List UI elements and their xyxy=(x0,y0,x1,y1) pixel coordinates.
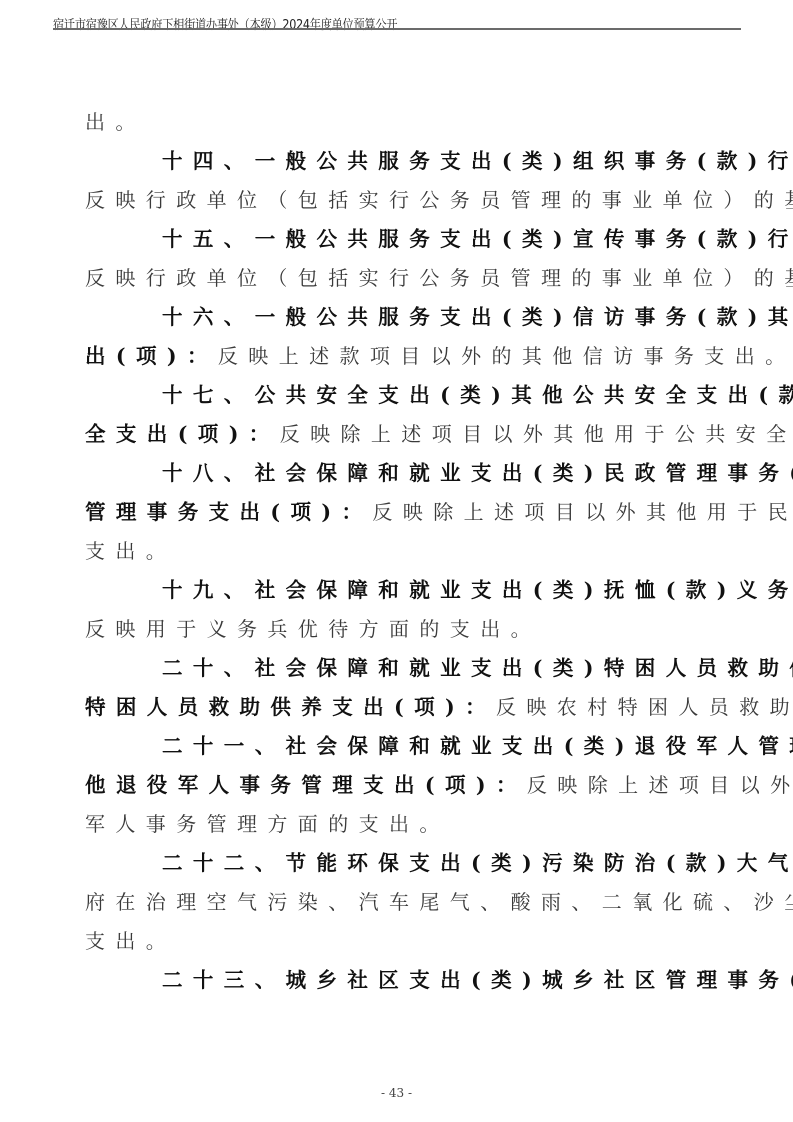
item-description: 出。 xyxy=(85,110,146,134)
item-description: 反映行政单位（包括实行公务员管理的事业单位）的基本支出。 xyxy=(85,266,793,290)
text-line: 他退役军人事务管理支出(项)：反映除上述项目以外其他用于退役 xyxy=(85,770,745,800)
item-description: 反映除上述项目以外其他用于公共安全方面的支出。 xyxy=(280,422,793,446)
text-line: 二十二、节能环保支出(类)污染防治(款)大气(项)：反映政 xyxy=(162,848,793,878)
item-description: 军人事务管理方面的支出。 xyxy=(85,812,450,836)
text-line: 二十、社会保障和就业支出(类)特困人员救助供养(款)农村 xyxy=(162,653,793,683)
page-number: - 43 - xyxy=(0,1086,793,1100)
text-line: 十六、一般公共服务支出(类)信访事务(款)其他信访事务支 xyxy=(162,302,793,332)
text-line: 全支出(项)：反映除上述项目以外其他用于公共安全方面的支出。 xyxy=(85,419,745,449)
item-heading: 出(项)： xyxy=(85,344,218,368)
text-line: 二十一、社会保障和就业支出(类)退役军人管理事务(款)其 xyxy=(162,731,793,761)
item-description: 支出。 xyxy=(85,539,176,563)
item-heading: 特困人员救助供养支出(项)： xyxy=(85,695,496,719)
item-heading: 二十三、城乡社区支出(类)城乡社区管理事务(款)城管执法 xyxy=(162,968,793,992)
text-line: 支出。 xyxy=(85,536,745,566)
item-description: 反映除上述项目以外其他用于退役 xyxy=(527,773,793,797)
text-line: 二十三、城乡社区支出(类)城乡社区管理事务(款)城管执法 xyxy=(162,965,793,995)
text-line: 支出。 xyxy=(85,926,745,956)
text-line: 十九、社会保障和就业支出(类)抚恤(款)义务兵优待(项)： xyxy=(162,575,793,605)
item-heading: 管理事务支出(项)： xyxy=(85,500,372,524)
item-description: 支出。 xyxy=(85,929,176,953)
text-line: 出。 xyxy=(85,107,745,137)
item-description: 反映行政单位（包括实行公务员管理的事业单位）的基本支出。 xyxy=(85,188,793,212)
text-line: 十五、一般公共服务支出(类)宣传事务(款)行政运行(项)： xyxy=(162,224,793,254)
item-heading: 二十一、社会保障和就业支出(类)退役军人管理事务(款)其 xyxy=(162,734,793,758)
text-line: 府在治理空气污染、汽车尾气、酸雨、二氧化硫、沙尘暴等方面的 xyxy=(85,887,745,917)
item-heading: 十九、社会保障和就业支出(类)抚恤(款)义务兵优待(项)： xyxy=(162,578,793,602)
item-heading: 全支出(项)： xyxy=(85,422,280,446)
document-title: 宿迁市宿豫区人民政府下相街道办事处（本级）2024年度单位预算公开 xyxy=(53,14,397,33)
item-heading: 十六、一般公共服务支出(类)信访事务(款)其他信访事务支 xyxy=(162,305,793,329)
text-line: 十七、公共安全支出(类)其他公共安全支出(款)其他公共安 xyxy=(162,380,793,410)
item-description: 反映上述款项目以外的其他信访事务支出。 xyxy=(218,344,793,368)
item-heading: 二十二、节能环保支出(类)污染防治(款)大气(项)： xyxy=(162,851,793,875)
header-divider xyxy=(53,28,741,30)
text-line: 反映行政单位（包括实行公务员管理的事业单位）的基本支出。 xyxy=(85,263,745,293)
item-heading: 他退役军人事务管理支出(项)： xyxy=(85,773,527,797)
text-line: 特困人员救助供养支出(项)：反映农村特困人员救助供养支出。 xyxy=(85,692,745,722)
item-heading: 二十、社会保障和就业支出(类)特困人员救助供养(款)农村 xyxy=(162,656,793,680)
text-line: 反映用于义务兵优待方面的支出。 xyxy=(85,614,745,644)
item-description: 反映用于义务兵优待方面的支出。 xyxy=(85,617,541,641)
item-heading: 十五、一般公共服务支出(类)宣传事务(款)行政运行(项)： xyxy=(162,227,793,251)
text-line: 反映行政单位（包括实行公务员管理的事业单位）的基本支出。 xyxy=(85,185,745,215)
text-line: 管理事务支出(项)：反映除上述项目以外其他用于民政管理事务的 xyxy=(85,497,745,527)
item-description: 反映农村特困人员救助供养支出。 xyxy=(496,695,793,719)
item-heading: 十七、公共安全支出(类)其他公共安全支出(款)其他公共安 xyxy=(162,383,793,407)
text-line: 出(项)：反映上述款项目以外的其他信访事务支出。 xyxy=(85,341,745,371)
item-heading: 十八、社会保障和就业支出(类)民政管理事务(款)其他民政 xyxy=(162,461,793,485)
text-line: 军人事务管理方面的支出。 xyxy=(85,809,745,839)
item-description: 府在治理空气污染、汽车尾气、酸雨、二氧化硫、沙尘暴等方面的 xyxy=(85,890,793,914)
text-line: 十四、一般公共服务支出(类)组织事务(款)行政运行(项)： xyxy=(162,146,793,176)
item-description: 反映除上述项目以外其他用于民政管理事务的 xyxy=(372,500,793,524)
text-line: 十八、社会保障和就业支出(类)民政管理事务(款)其他民政 xyxy=(162,458,793,488)
item-heading: 十四、一般公共服务支出(类)组织事务(款)行政运行(项)： xyxy=(162,149,793,173)
